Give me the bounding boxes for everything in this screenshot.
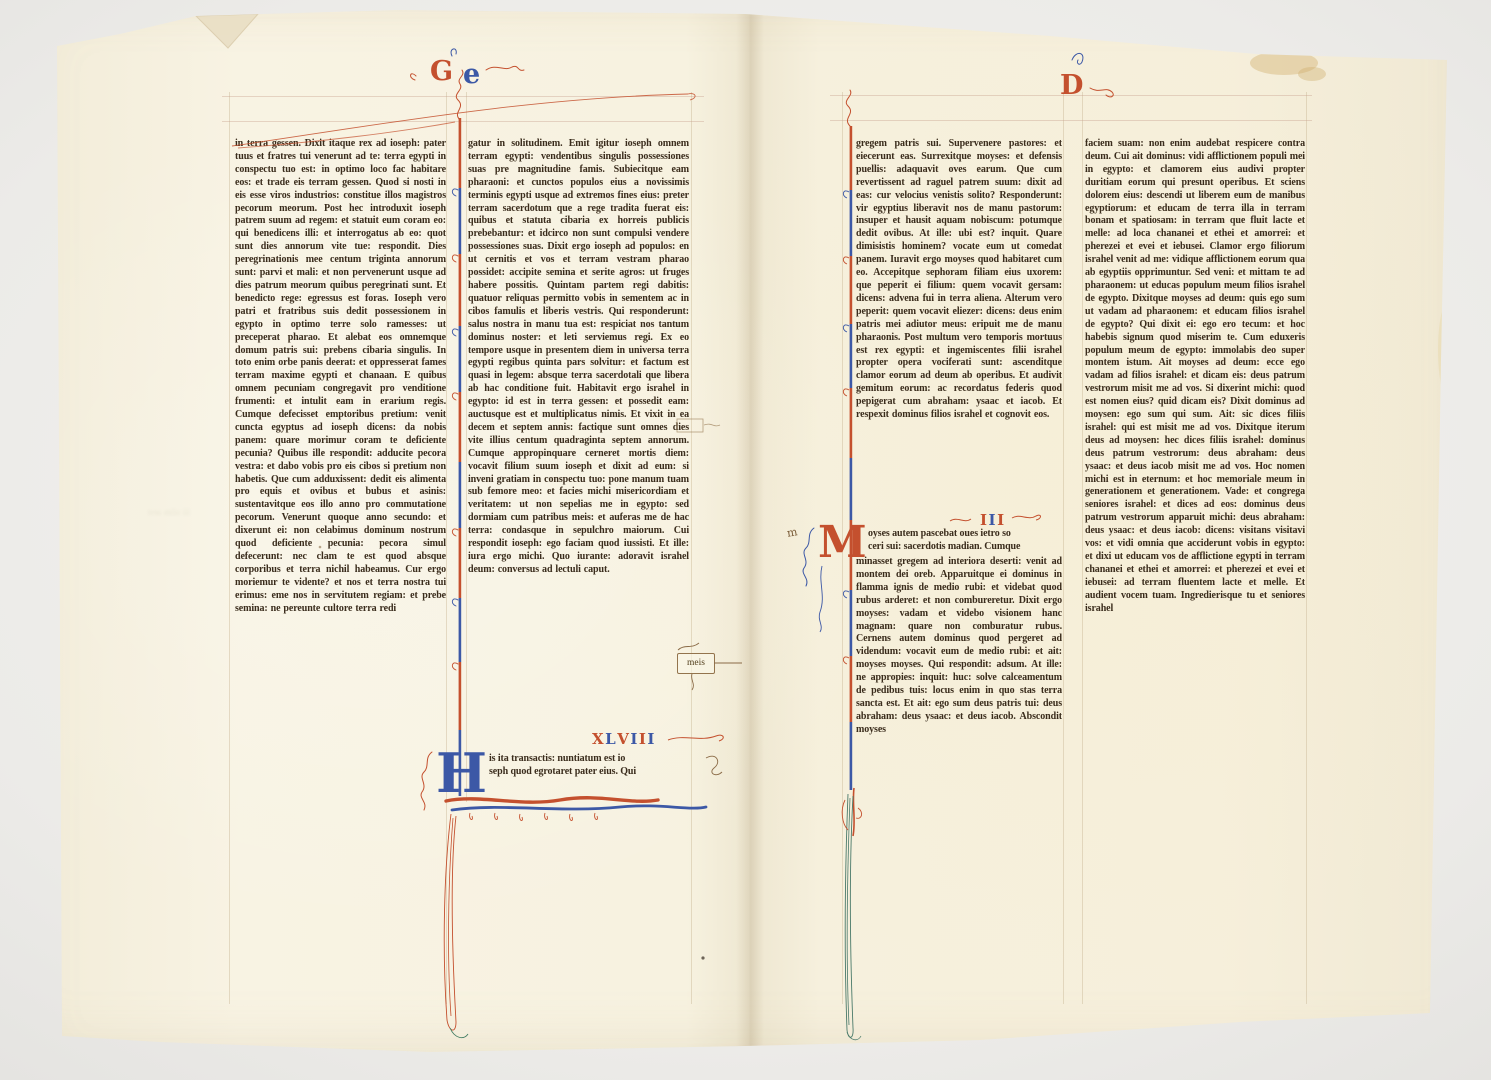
running-title-letter-G: G — [430, 58, 453, 85]
initial-line: seph quod egrotaret pater eius. Qui — [489, 765, 636, 778]
chapter-numeral-xlviii: XLVIII — [592, 732, 656, 747]
numeral-char: I — [980, 513, 989, 528]
exodus-3-opening-lines: oyses autem pascebat oues ietro so ceri … — [868, 527, 1020, 553]
photo-background: G e D in terra gessen. Dixit itaque rex … — [0, 0, 1491, 1080]
numeral-char: I — [989, 513, 998, 528]
initial-line: ceri sui: sacerdotis madian. Cumque — [868, 540, 1020, 553]
fold-margin-letter: m — [786, 526, 798, 539]
numeral-char: I — [630, 732, 639, 747]
stain — [1298, 67, 1326, 81]
chapter-numeral-iii: III — [980, 513, 1006, 528]
numeral-char: I — [647, 732, 656, 747]
ruling-line — [466, 92, 467, 802]
ruling-line — [830, 120, 1312, 121]
center-fold — [736, 14, 764, 1046]
ruling-line — [691, 92, 692, 1004]
numeral-char: X — [592, 732, 605, 747]
initial-line: is ita transactis: nuntiatum est io — [489, 752, 636, 765]
numeral-char: I — [997, 513, 1006, 528]
right-page-column-1: gregem patris sui. Supervenere pastores:… — [856, 138, 1062, 518]
right-page-column-1-continued: minasset gregem ad interiora deserti: ve… — [856, 556, 1062, 794]
ruling-line — [1082, 92, 1083, 1004]
initial-line: oyses autem pascebat oues ietro so — [868, 527, 1020, 540]
ruling-line — [1063, 92, 1064, 1004]
show-through-ghost-text: iii uiim aest — [118, 506, 190, 519]
ruling-line — [229, 92, 230, 1004]
right-page-column-2: faciem suam: non enim audebat respicere … — [1085, 138, 1305, 798]
running-title-letter-D: D — [1060, 72, 1083, 99]
genesis-48-opening-lines: is ita transactis: nuntiatum est io seph… — [489, 752, 636, 778]
stain — [1250, 51, 1318, 75]
speck — [701, 956, 704, 959]
numeral-char: L — [605, 732, 617, 747]
ruling-line — [446, 92, 447, 1004]
running-title-letter-e: e — [463, 61, 480, 88]
decorated-initial-M: M — [818, 522, 867, 564]
decorated-initial-H: H — [436, 748, 487, 798]
numeral-char: V — [617, 732, 630, 747]
ruling-line — [222, 121, 704, 122]
speck — [59, 996, 62, 999]
manuscript-bifolium: G e D in terra gessen. Dixit itaque rex … — [0, 0, 1491, 1080]
ruling-line — [1306, 92, 1307, 1004]
marginal-correction-box: meis — [677, 653, 715, 674]
dog-ear-fold — [196, 14, 258, 48]
left-page-column-2: gatur in solitudinem. Emit igitur ioseph… — [468, 138, 689, 736]
ruling-line — [222, 96, 704, 97]
numeral-char: I — [639, 732, 648, 747]
left-page-column-1: in terra gessen. Dixit itaque rex ad ios… — [235, 138, 446, 800]
stain — [1438, 302, 1458, 398]
